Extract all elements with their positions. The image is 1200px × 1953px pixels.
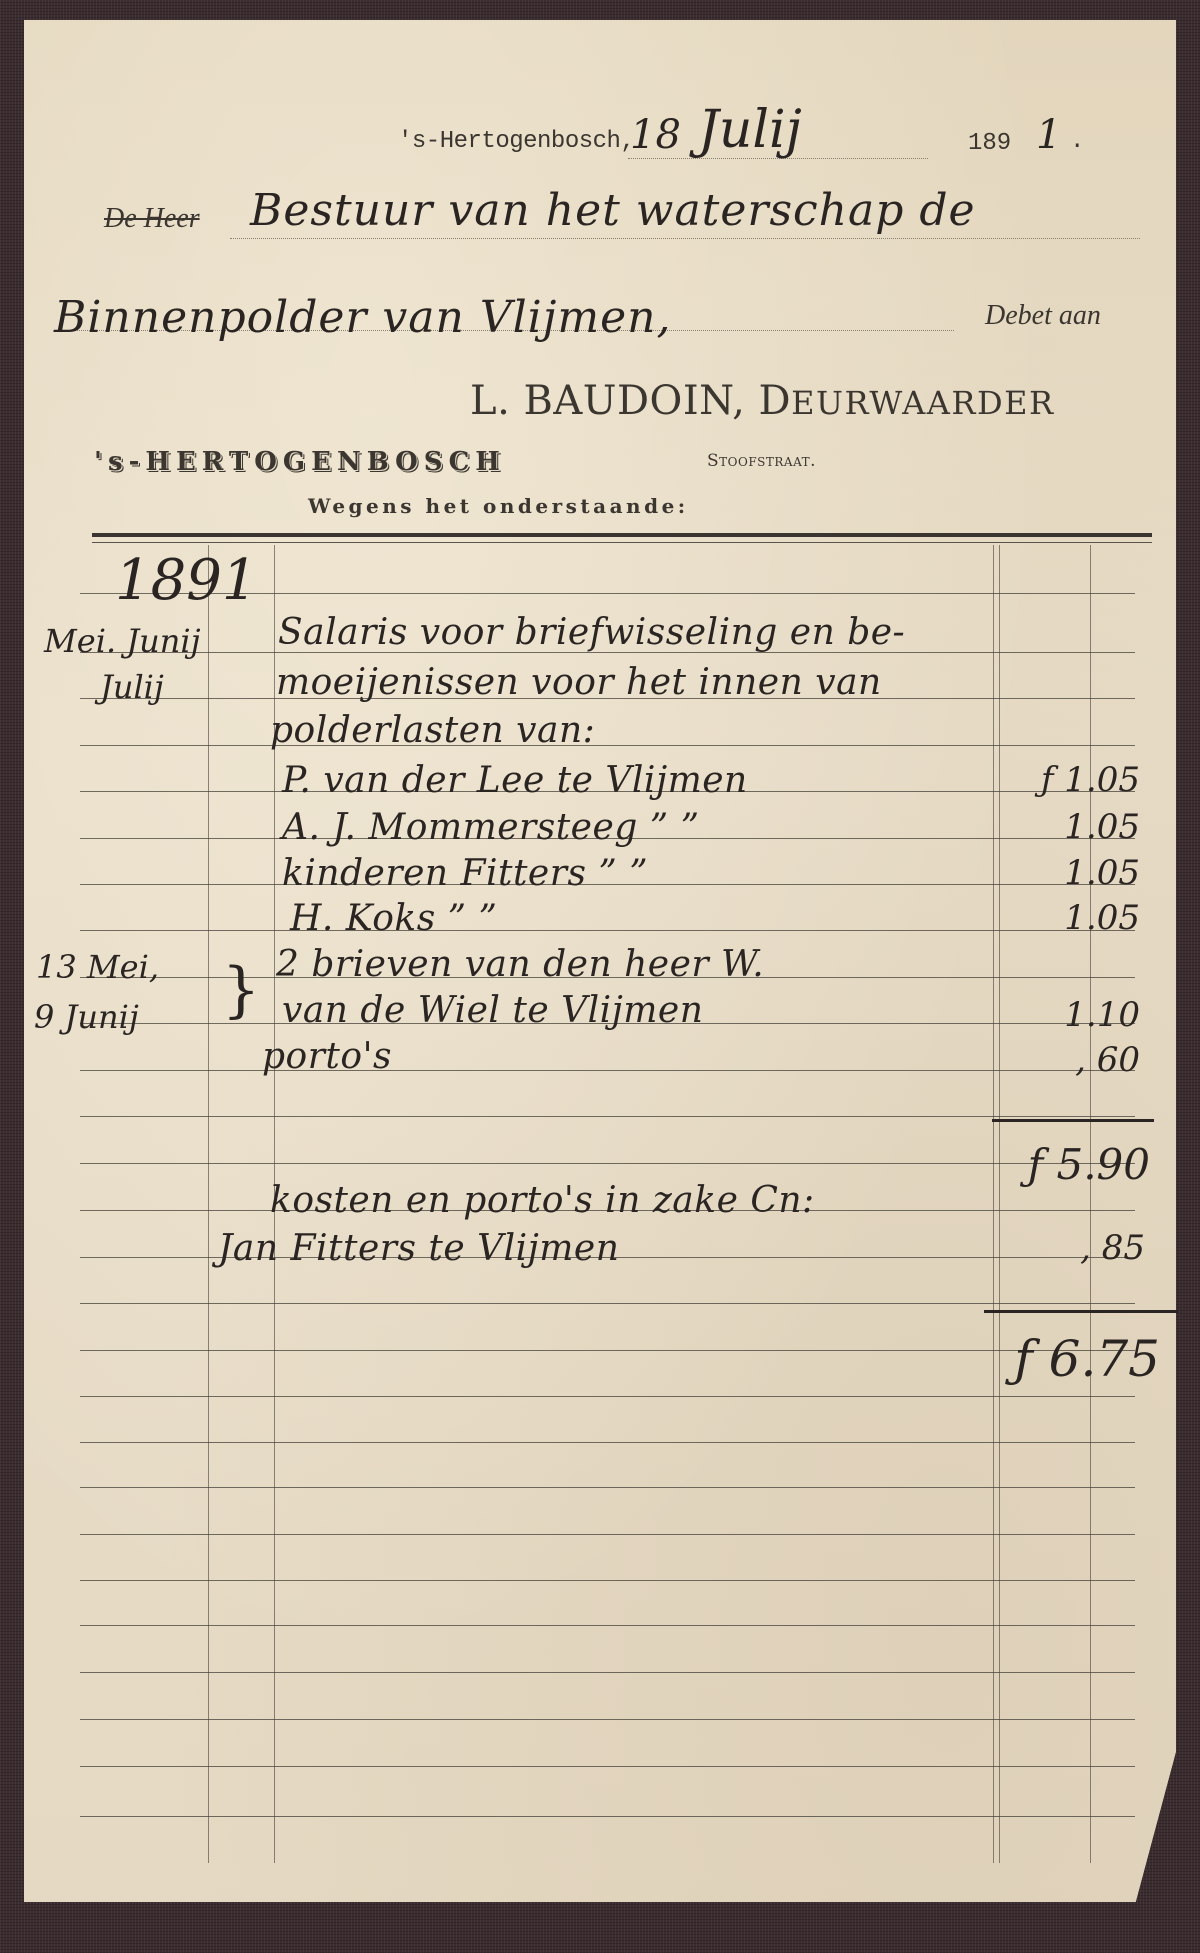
- row-amount: 1.05: [1000, 807, 1140, 847]
- row-rule: [80, 745, 1135, 746]
- row-rule: [80, 1396, 1135, 1397]
- row-rule: [80, 1672, 1135, 1673]
- column-divider-cents: [1090, 545, 1091, 1863]
- row-rule: [80, 1487, 1135, 1488]
- place-label: 's-Hertogenbosch,: [398, 128, 634, 155]
- row-desc: Salaris voor briefwisseling en be-: [278, 612, 905, 653]
- row-date: 13 Mei,: [36, 948, 159, 986]
- row-amount: ƒ 1.05: [1000, 760, 1140, 800]
- date-year-handwritten: 1: [1036, 112, 1061, 158]
- row-rule: [80, 1442, 1135, 1443]
- addressee-line-1: Bestuur van het waterschap de: [250, 185, 976, 236]
- row-desc: polderlasten van:: [270, 710, 595, 751]
- addressee-dotted-line-1: [230, 238, 1140, 239]
- city-label: 's-HERTOGENBOSCH: [94, 447, 506, 477]
- row-rule: [80, 1719, 1135, 1720]
- company-name: L. BAUDOIN,: [470, 378, 745, 424]
- row-desc: van de Wiel te Vlijmen: [282, 990, 703, 1031]
- row-rule: [80, 1303, 1135, 1304]
- row-desc: P. van der Lee te Vlijmen: [282, 760, 748, 801]
- row-amount: 1.10: [1000, 995, 1140, 1035]
- row-rule: [80, 930, 1135, 931]
- street-label: Stoofstraat.: [707, 451, 816, 471]
- row-rule: [80, 1534, 1135, 1535]
- table-top-rule-thin: [92, 542, 1152, 543]
- company-title-initial: D: [759, 378, 792, 424]
- company-heading: L. BAUDOIN, DEURWAARDER: [470, 378, 1055, 424]
- company-title-rest: EURWAARDER: [791, 384, 1054, 422]
- row-desc: 2 brieven van den heer W.: [276, 944, 764, 985]
- row-rule: [80, 1070, 1135, 1071]
- row-rule: [80, 1625, 1135, 1626]
- date-trailing-dot: .: [1070, 128, 1084, 155]
- addressee-line-2: Binnenpolder van Vlijmen,: [54, 292, 671, 343]
- row-desc: moeijenissen voor het innen van: [276, 662, 882, 703]
- subtotal-rule: [992, 1119, 1154, 1122]
- row-date: Julij: [100, 668, 164, 706]
- row-amount: 1.05: [1000, 898, 1140, 938]
- column-divider-date: [208, 545, 209, 1863]
- row-desc: H. Koks ” ”: [290, 898, 497, 939]
- ledger-year: 1891: [115, 548, 258, 613]
- row-rule: [80, 1766, 1135, 1767]
- total-amount: ƒ 6.75: [930, 1330, 1160, 1388]
- row-amount: 1.05: [1000, 853, 1140, 893]
- debet-label: Debet aan: [985, 300, 1101, 332]
- row-desc: porto's: [262, 1036, 392, 1077]
- row-rule: [80, 1116, 1135, 1117]
- row-amount: , 60: [1000, 1040, 1140, 1080]
- row-desc: kinderen Fitters ” ”: [282, 853, 648, 894]
- brace-icon: }: [222, 955, 260, 1025]
- column-divider-amount-left: [993, 545, 994, 1863]
- subtotal-amount: ƒ 5.90: [950, 1140, 1150, 1189]
- row-desc: A. J. Mommersteeg ” ”: [282, 807, 700, 848]
- row-date: 9 Junij: [34, 998, 139, 1036]
- row-rule: [80, 1816, 1135, 1817]
- date-year-printed: 189: [968, 130, 1011, 157]
- extra-row-desc: Jan Fitters te Vlijmen: [218, 1228, 619, 1269]
- total-rule: [984, 1310, 1178, 1313]
- row-rule: [80, 1580, 1135, 1581]
- extra-row-desc: kosten en porto's in zake Cn:: [270, 1180, 815, 1221]
- table-top-rule-thick: [92, 533, 1152, 537]
- extra-row-amount: , 85: [1005, 1228, 1145, 1268]
- date-day: 18: [630, 112, 681, 158]
- date-month: Julij: [698, 100, 802, 160]
- addressee-prefix: De Heer: [104, 203, 200, 235]
- row-date: Mei. Junij: [44, 622, 200, 660]
- intro-label: Wegens het onderstaande:: [308, 494, 689, 518]
- column-divider-amount-left-2: [999, 545, 1000, 1863]
